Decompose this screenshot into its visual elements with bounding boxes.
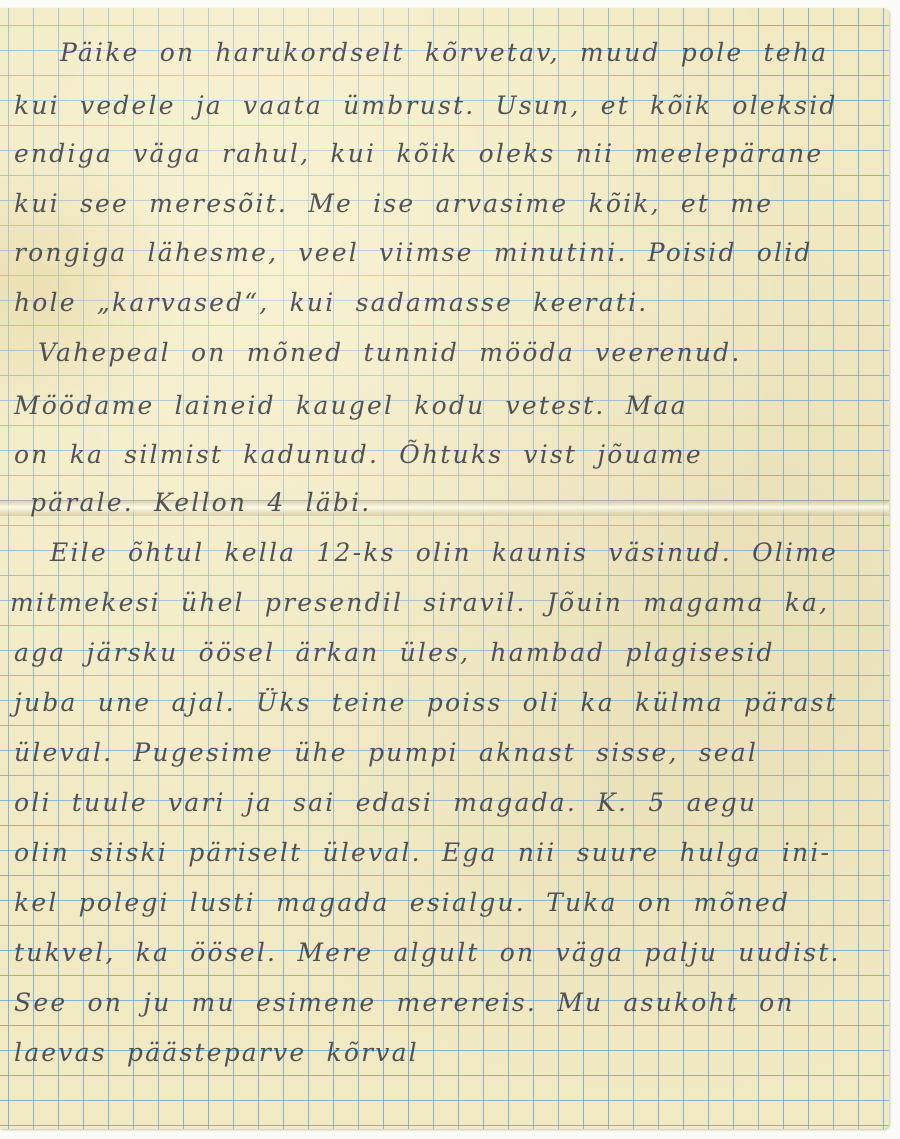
text-line: mitmekesi ühel presendil siravil. Jõuin … xyxy=(10,588,829,617)
text-line: olin siiski päriselt üleval. Ega nii suu… xyxy=(14,838,831,867)
text-line: üleval. Pugesime ühe pumpi aknast sisse,… xyxy=(14,738,758,767)
text-line: pärale. Kellon 4 läbi. xyxy=(30,488,371,517)
text-line: tukvel, ka öösel. Mere algult on väga pa… xyxy=(14,938,841,967)
text-line: Eile õhtul kella 12-ks olin kaunis väsin… xyxy=(50,538,838,567)
text-line: rongiga lähesme, veel viimse minutini. P… xyxy=(14,238,813,267)
text-line: Vahepeal on mõned tunnid mööda veerenud. xyxy=(38,338,741,367)
text-line: Päike on harukordselt kõrvetav, muud pol… xyxy=(60,38,828,67)
text-line: laevas päästeparve kõrval xyxy=(14,1038,419,1067)
text-line: juba une ajal. Üks teine poiss oli ka kü… xyxy=(14,688,838,717)
text-line: kel polegi lusti magada esialgu. Tuka on… xyxy=(14,888,790,917)
letter-page: Päike on harukordselt kõrvetav, muud pol… xyxy=(0,8,889,1129)
text-line: aga järsku öösel ärkan üles, hambad plag… xyxy=(14,638,775,667)
text-line: on ka silmist kadunud. Õhtuks vist jõuam… xyxy=(14,440,703,469)
text-line: kui see meresõit. Me ise arvasime kõik, … xyxy=(14,189,773,218)
text-line: hole „karvased“, kui sadamasse keerati. xyxy=(14,288,648,317)
handwritten-text: Päike on harukordselt kõrvetav, muud pol… xyxy=(0,8,889,1129)
text-line: Möödame laineid kaugel kodu vetest. Maa xyxy=(14,391,688,420)
text-line: oli tuule vari ja sai edasi magada. K. 5… xyxy=(14,788,757,817)
text-line: See on ju mu esimene merereis. Mu asukoh… xyxy=(14,988,795,1017)
text-line: endiga väga rahul, kui kõik oleks nii me… xyxy=(14,139,823,168)
text-line: kui vedele ja vaata ümbrust. Usun, et kõ… xyxy=(14,91,838,120)
